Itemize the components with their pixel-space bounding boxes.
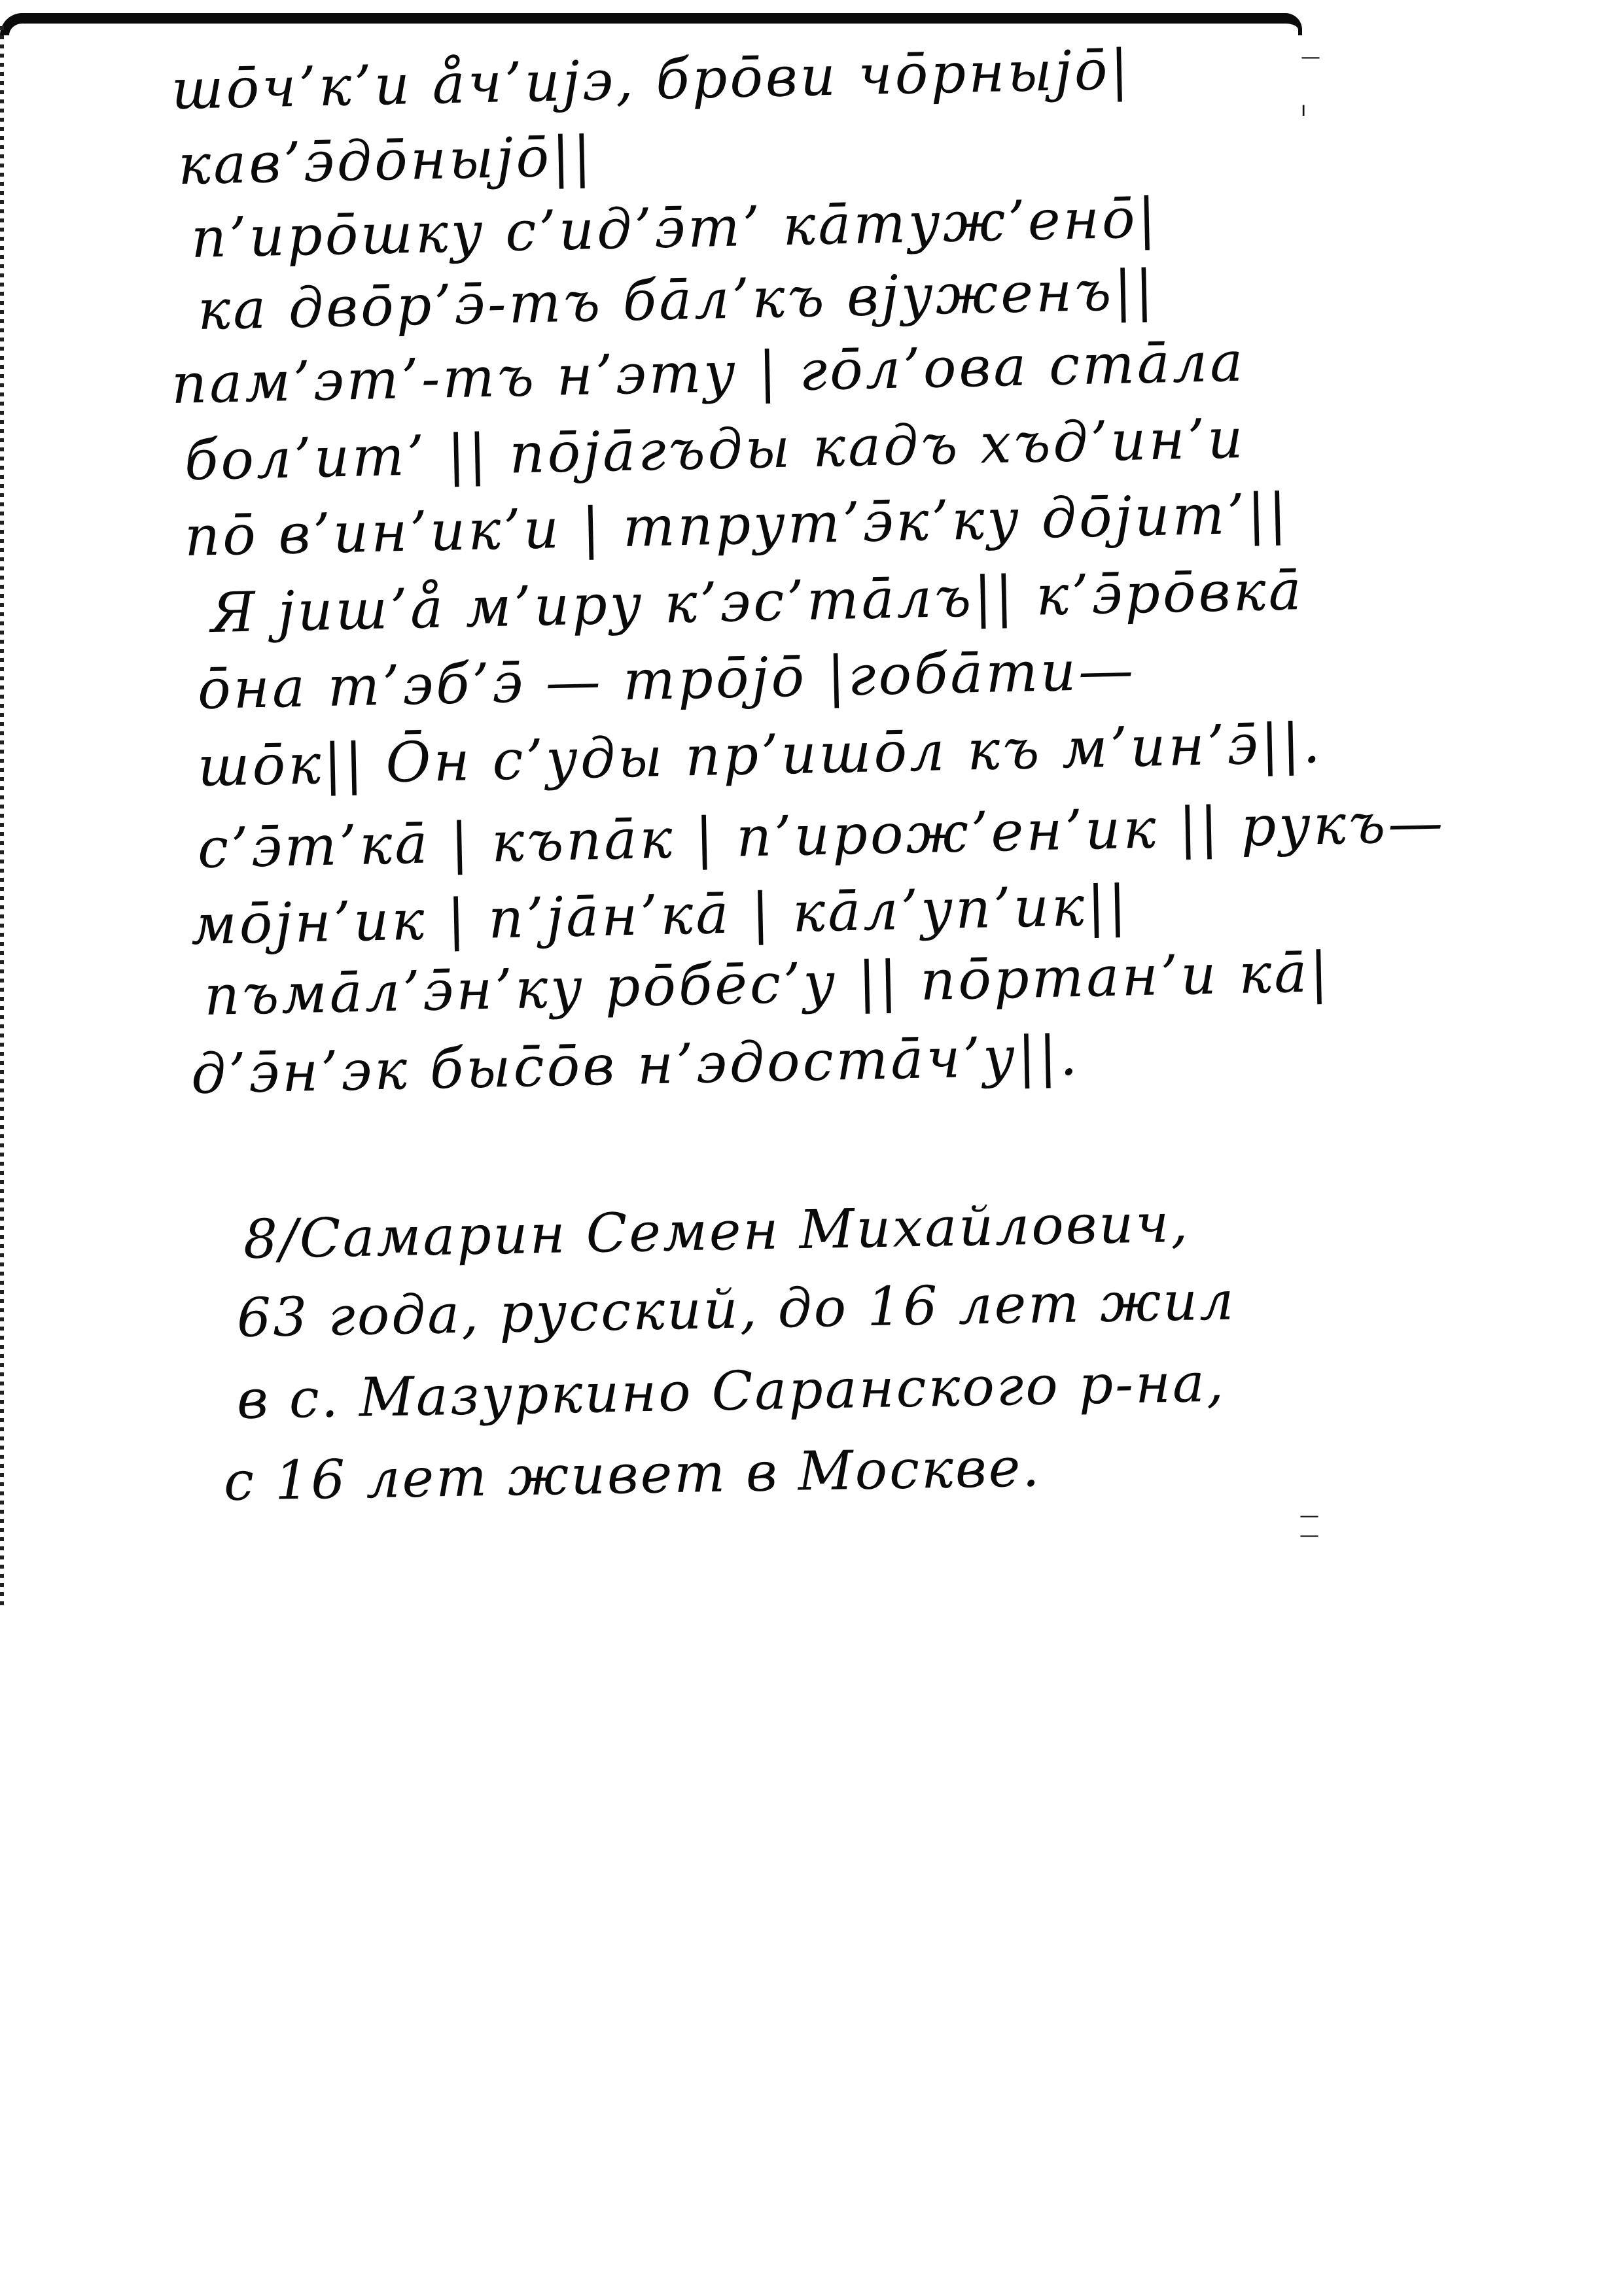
transcription-line: бол’ит’ || по̄jа̄гъды кадъ хъд’ин’и <box>184 411 1246 488</box>
margin-mark-tick: ı <box>1301 98 1306 121</box>
transcription-line: Я jиш’а̊ м’иру к’эс’та̄лъ|| к’э̄ро̄вка̄ <box>210 563 1304 640</box>
transcription-line: пъма̄л’э̄н’ку ро̄бе̄с’у || по̄ртан’и ка̄… <box>203 945 1331 1023</box>
margin-mark-dash: — <box>1301 46 1320 69</box>
informant-age-line: 63 года, русский, до 16 лет жил <box>236 1274 1236 1346</box>
transcription-line: мо̄jн’ик | п’jа̄н’ка̄ | ка̄л’уп’ик|| <box>190 878 1129 952</box>
transcription-line: кав’э̄до̄ныjо̄|| <box>177 129 594 192</box>
margin-mark-dash: — <box>1299 1524 1319 1547</box>
transcription-line: ка дво̄р’э̄-тъ ба̄л’къ вjуженъ|| <box>197 262 1156 338</box>
page-left-edge <box>0 26 4 1609</box>
transcription-line: по̄ в’ин’ик’и | тпрут’э̄к’ку до̄jит’|| <box>184 486 1290 564</box>
transcription-line: шо̄к|| О̄н с’уды пр’ишо̄л къ м’ин’э̄||. <box>197 716 1323 794</box>
informant-birthplace-line: в с. Мазуркино Саранского р-на, <box>236 1357 1226 1427</box>
transcription-line: пам’эт’-тъ н’эту | го̄л’ова ста̄ла <box>171 334 1246 411</box>
transcription-line: п’иро̄шку с’ид’э̄т’ ка̄туж’ено̄| <box>190 190 1159 266</box>
transcription-line: с’э̄т’ка̄ | къпа̄к | п’ирож’ен’ик || рук… <box>197 795 1446 876</box>
informant-residence-line: с 16 лет живет в Москве. <box>223 1441 1042 1509</box>
scanned-page: — ı — — шо̄ч’к’и а̊ч’иjэ, бро̄ви чо̄рныj… <box>0 0 1607 2296</box>
page-top-border <box>0 13 1302 35</box>
transcription-line: о̄на т’эб’э̄ — тро̄jо̄ |гоба̄ти— <box>197 642 1137 717</box>
transcription-line: шо̄ч’к’и а̊ч’иjэ, бро̄ви чо̄рныjо̄| <box>171 42 1131 117</box>
transcription-line: д’э̄н’эк быс̄о̄в н’эдоста̄ч’у||. <box>190 1028 1080 1102</box>
informant-name-line: 8/Самарин Семен Михайлович, <box>243 1197 1190 1267</box>
